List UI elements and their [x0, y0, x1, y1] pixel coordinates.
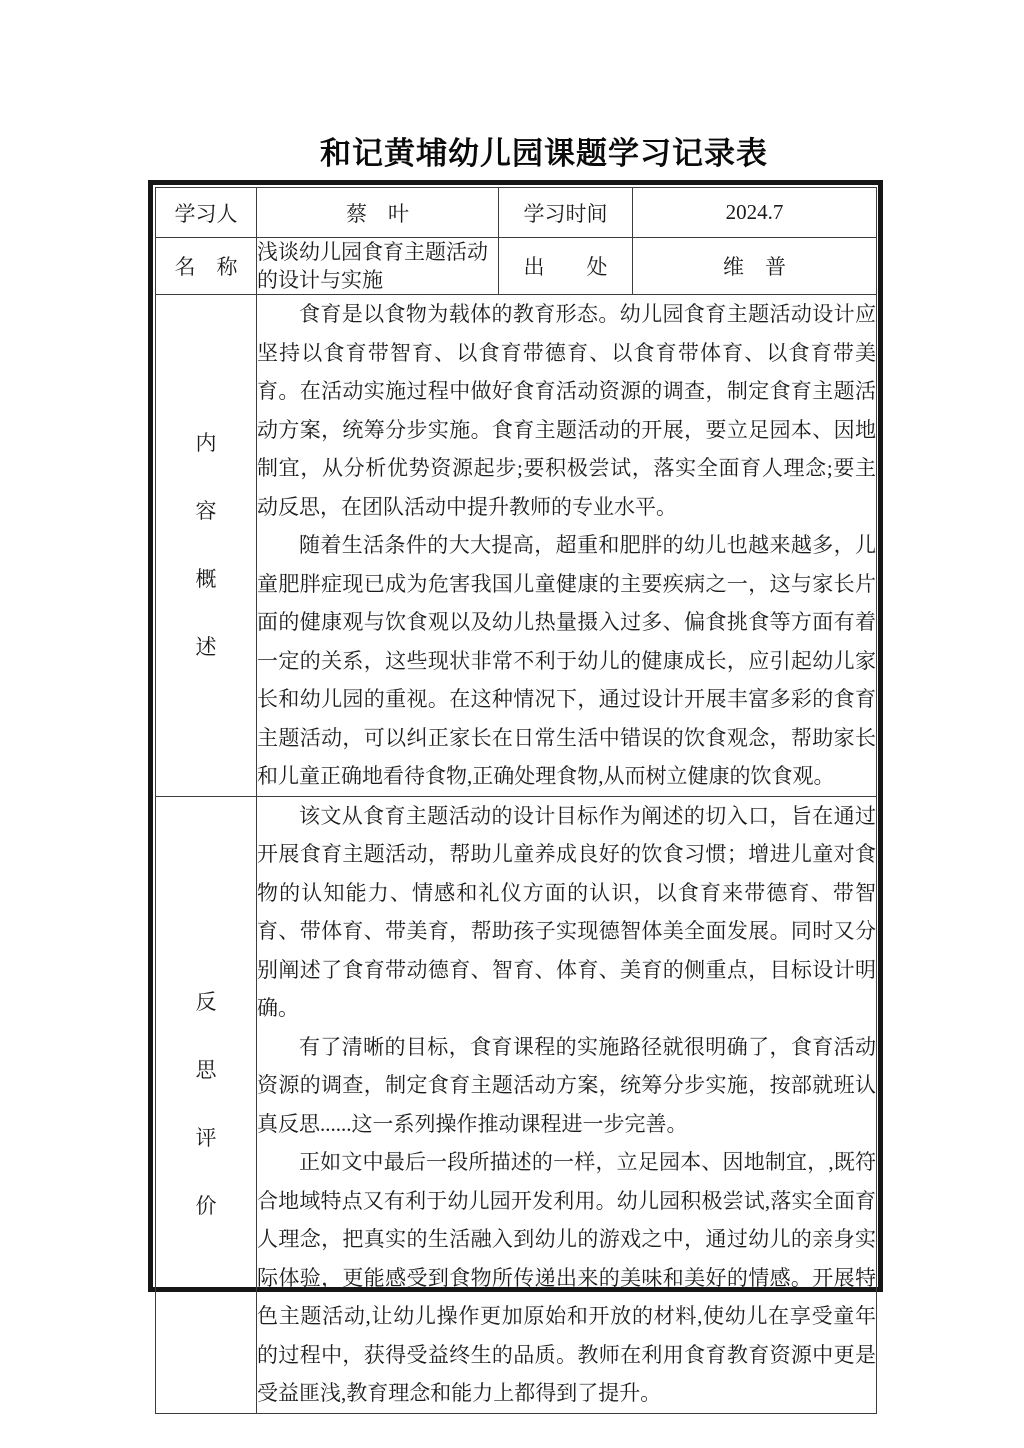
reflection-paragraph: 该文从食育主题活动的设计目标作为阐述的切入口，旨在通过开展食育主题活动，帮助儿童…: [257, 797, 876, 1028]
source-label: 出 处: [499, 238, 633, 295]
summary-label-cell: 内 容 概 述: [156, 295, 257, 797]
reflection-paragraph: 正如文中最后一段所描述的一样，立足园本、因地制宜，,既符合地域特点又有利于幼儿园…: [257, 1143, 876, 1413]
reflection-paragraph: 有了清晰的目标，食育课程的实施路径就很明确了，食育活动资源的调查，制定食育主题活…: [257, 1028, 876, 1144]
learner-value: 蔡 叶: [257, 188, 499, 238]
reflection-label-char: 价: [196, 1196, 217, 1217]
reflection-label-cell: 反 思 评 价: [156, 796, 257, 1413]
name-label: 名 称: [156, 238, 257, 295]
table-row: 学习人 蔡 叶 学习时间 2024.7: [156, 188, 877, 238]
record-table-frame: 学习人 蔡 叶 学习时间 2024.7 名 称 浅谈幼儿园食育主题活动的设计与实…: [148, 180, 883, 1292]
summary-paragraph: 随着生活条件的大大提高，超重和肥胖的幼儿也越来越多，儿童肥胖症现已成为危害我国儿…: [257, 526, 876, 796]
table-row: 名 称 浅谈幼儿园食育主题活动的设计与实施 出 处 维 普: [156, 238, 877, 295]
summary-content-cell: 食育是以食物为载体的教育形态。幼儿园食育主题活动设计应坚持以食育带智育、以食育带…: [257, 295, 877, 797]
summary-label: 内 容 概 述: [156, 295, 256, 796]
summary-label-char: 内: [196, 433, 217, 454]
page-title: 和记黄埔幼儿园课题学习记录表: [320, 128, 768, 173]
reflection-label-char: 反: [196, 992, 217, 1013]
summary-label-char: 述: [196, 637, 217, 658]
reflection-content-cell: 该文从食育主题活动的设计目标作为阐述的切入口，旨在通过开展食育主题活动，帮助儿童…: [257, 796, 877, 1413]
reflection-label-char: 评: [196, 1128, 217, 1149]
learner-label: 学习人: [156, 188, 257, 238]
table-row: 内 容 概 述 食育是以食物为载体的教育形态。幼儿园食育主题活动设计应坚持以食育…: [156, 295, 877, 797]
reflection-label: 反 思 评 价: [156, 797, 256, 1413]
document-page: 和记黄埔幼儿园课题学习记录表 学习人 蔡 叶 学习时间 2024.7 名 称 浅…: [0, 0, 1024, 1448]
name-value: 浅谈幼儿园食育主题活动的设计与实施: [257, 238, 499, 295]
study-time-value: 2024.7: [633, 188, 877, 238]
study-time-label: 学习时间: [499, 188, 633, 238]
summary-paragraph: 食育是以食物为载体的教育形态。幼儿园食育主题活动设计应坚持以食育带智育、以食育带…: [257, 295, 876, 526]
source-value: 维 普: [633, 238, 877, 295]
table-row: 反 思 评 价 该文从食育主题活动的设计目标作为阐述的切入口，旨在通过开展食育主…: [156, 796, 877, 1413]
summary-label-char: 概: [196, 569, 217, 590]
summary-label-char: 容: [196, 501, 217, 522]
reflection-label-char: 思: [196, 1060, 217, 1081]
record-table: 学习人 蔡 叶 学习时间 2024.7 名 称 浅谈幼儿园食育主题活动的设计与实…: [155, 187, 877, 1414]
